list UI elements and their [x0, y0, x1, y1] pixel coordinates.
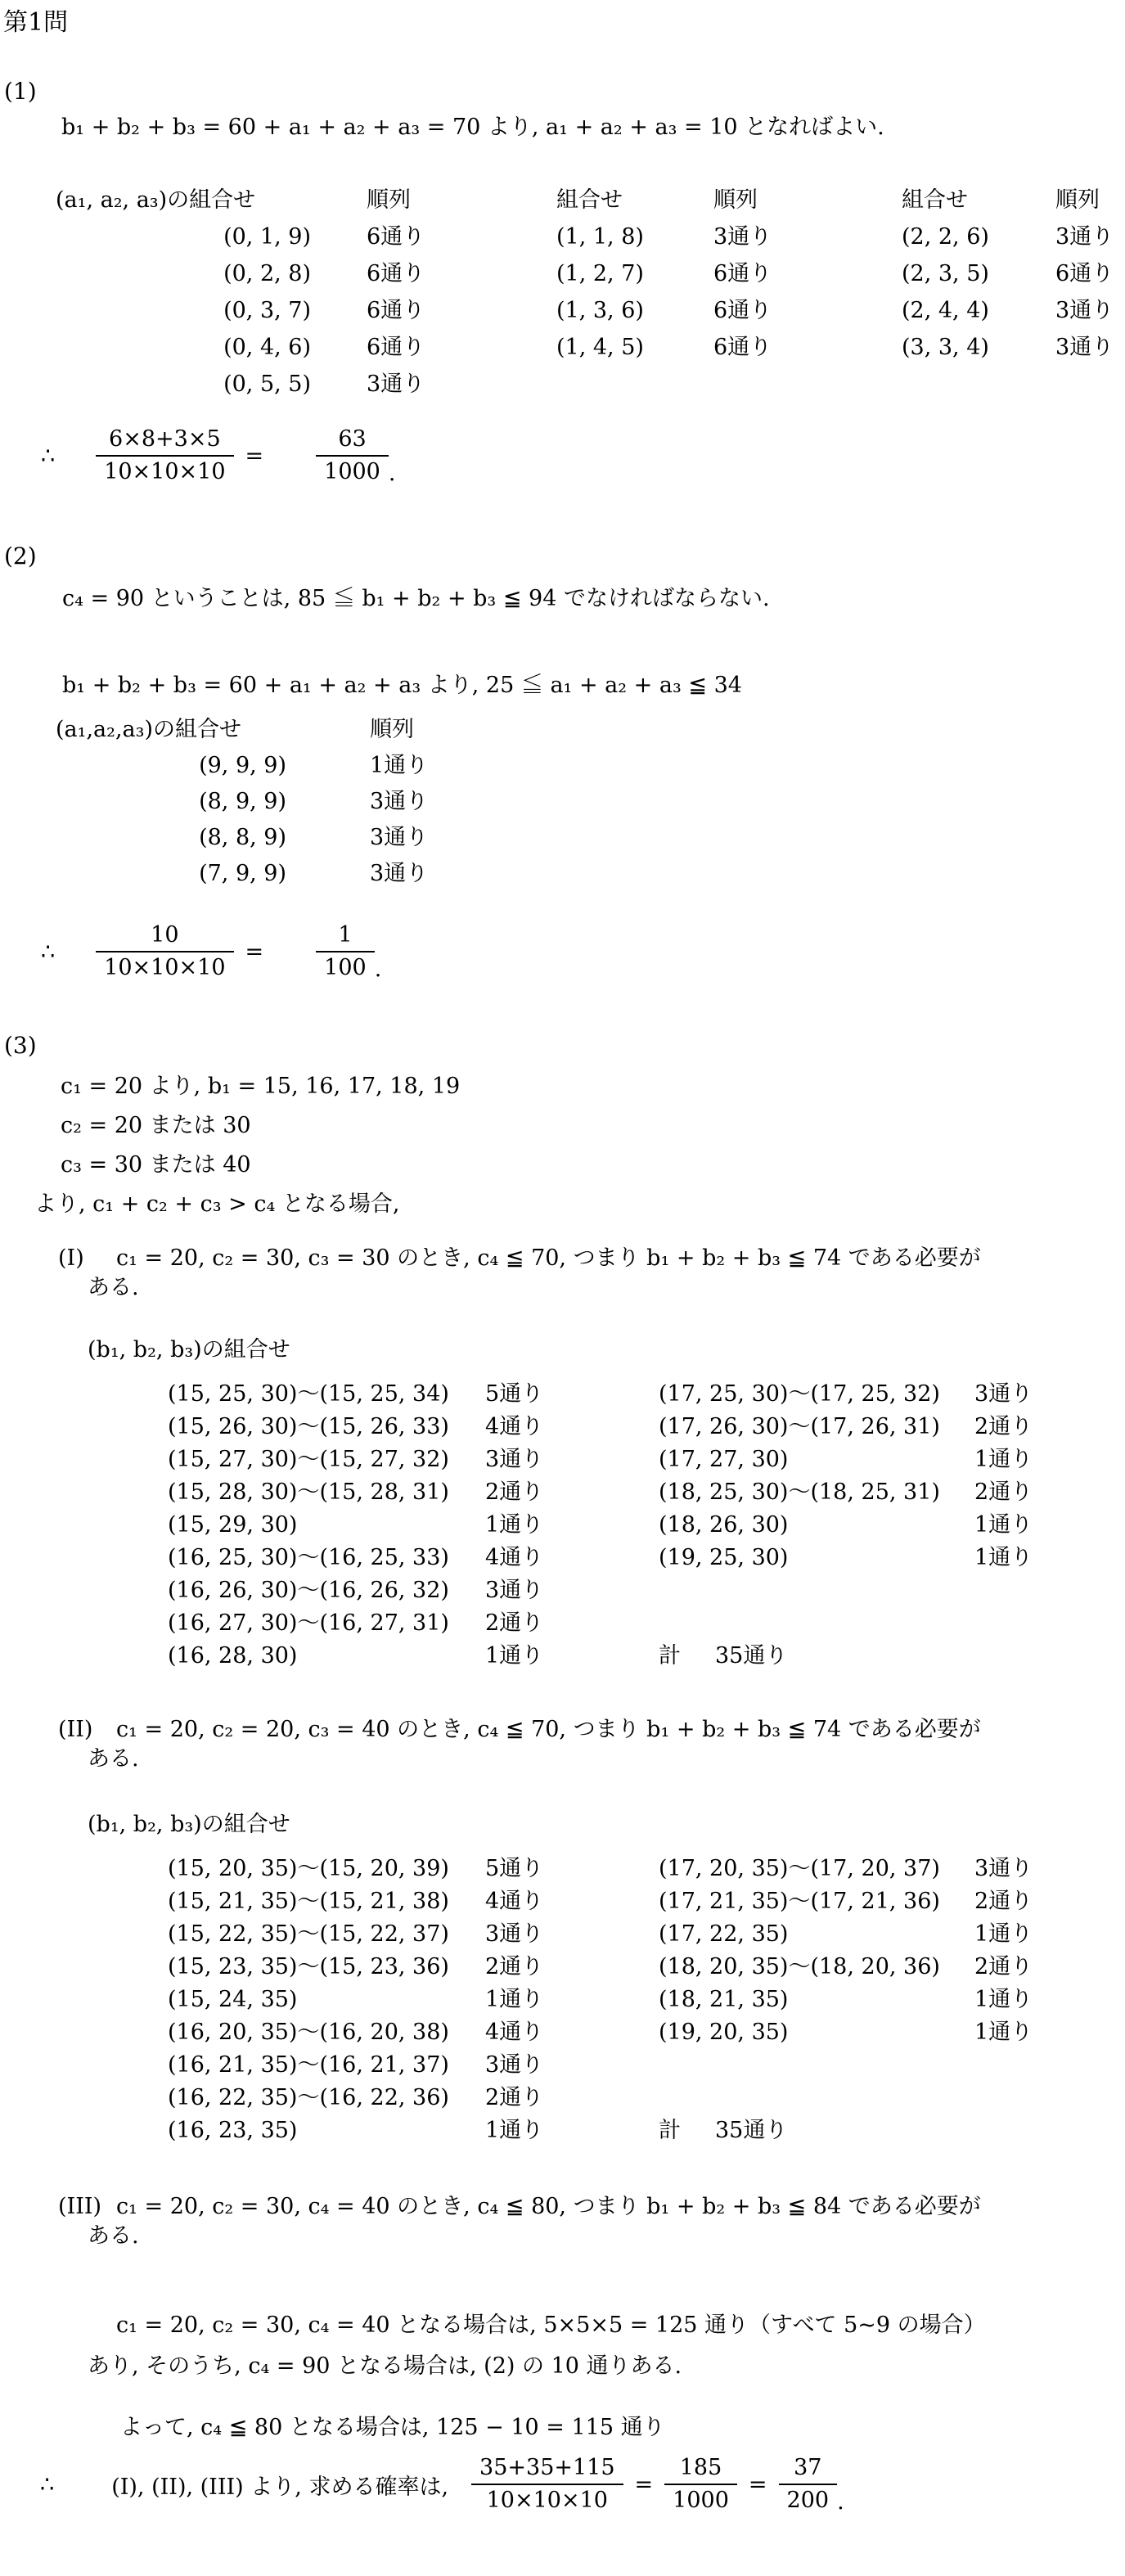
table-row: (9, 9, 9) 1通り: [0, 748, 1125, 784]
part3-condition: c₁ = 20 より, b₁ = 15, 16, 17, 18, 19: [61, 1067, 1125, 1106]
count-cell: 2通り: [974, 1951, 1033, 1984]
perm-cell: 6通り: [367, 329, 465, 366]
fraction-numerator: 10: [96, 921, 233, 951]
period: .: [389, 462, 396, 486]
combo-header: (a₁, a₂, a₃)の組合せ: [0, 182, 311, 218]
part2-line2: b₁ + b₂ + b₃ = 60 + a₁ + a₂ + a₃ より, 25 …: [62, 671, 1125, 700]
equals-sign: =: [245, 444, 264, 469]
perm-cell: 3通り: [1055, 329, 1114, 366]
combo-cell: (16, 25, 30)〜(16, 25, 33): [168, 1542, 483, 1574]
count-cell: 2通り: [485, 1951, 575, 1984]
fraction-numerator: 35+35+115: [471, 2454, 623, 2484]
part3-intro: c₁ = 20 より, b₁ = 15, 16, 17, 18, 19 c₂ =…: [0, 1067, 1125, 1224]
count-cell: 2通り: [974, 1411, 1033, 1443]
combo-cell: (17, 27, 30): [659, 1443, 974, 1476]
table-row: (16, 28, 30) 1通り 計35通り: [0, 1640, 1125, 1673]
combo-cell: (17, 22, 35): [659, 1918, 974, 1951]
table-header-row: (a₁,a₂,a₃)の組合せ 順列: [0, 712, 1125, 748]
table-row: (16, 27, 30)〜(16, 27, 31) 2通り: [0, 1607, 1125, 1640]
fraction: 1 100: [316, 921, 375, 982]
case2-text: c₁ = 20, c₂ = 20, c₃ = 40 のとき, c₄ ≦ 70, …: [116, 1715, 981, 1745]
table-row: (16, 26, 30)〜(16, 26, 32) 3通り: [0, 1574, 1125, 1607]
count-cell: 4通り: [485, 1411, 575, 1443]
case2-heading: (II) c₁ = 20, c₂ = 20, c₃ = 40 のとき, c₄ ≦…: [0, 1715, 1125, 1745]
perm-header: 順列: [370, 712, 414, 748]
case1-text-cont: ある.: [88, 1273, 1125, 1303]
table-row: (0, 3, 7) 6通り (1, 3, 6) 6通り (2, 4, 4) 3通…: [0, 292, 1125, 329]
perm-cell: 6通り: [367, 218, 465, 255]
total-value: 35通り: [715, 1643, 787, 1669]
combo-cell: (8, 9, 9): [0, 784, 286, 820]
perm-cell: 6通り: [713, 255, 808, 292]
fraction-denominator: 1000: [316, 455, 389, 486]
fraction-numerator: 37: [779, 2454, 838, 2484]
combo-cell: (18, 25, 30)〜(18, 25, 31): [659, 1476, 974, 1509]
combo-cell: (15, 22, 35)〜(15, 22, 37): [168, 1918, 483, 1951]
table-row: (15, 26, 30)〜(15, 26, 33) 4通り (17, 26, 3…: [0, 1411, 1125, 1443]
perm-cell: 3通り: [1055, 218, 1114, 255]
case2-table-subtitle: (b₁, b₂, b₃)の組合せ: [88, 1810, 1125, 1840]
count-cell: 1通り: [974, 1542, 1033, 1574]
combo-cell: (15, 24, 35): [168, 1984, 483, 2016]
count-cell: 1通り: [485, 1509, 575, 1542]
table-row: (16, 20, 35)〜(16, 20, 38) 4通り (19, 20, 3…: [0, 2016, 1125, 2049]
combo-cell: (18, 26, 30): [659, 1509, 974, 1542]
table-row: (0, 5, 5) 3通り: [0, 366, 1125, 403]
case1-table-subtitle: (b₁, b₂, b₃)の組合せ: [88, 1335, 1125, 1365]
combo-cell: (0, 3, 7): [0, 292, 311, 329]
combo-cell: (1, 1, 8): [556, 218, 655, 255]
combo-cell: (16, 20, 35)〜(16, 20, 38): [168, 2016, 483, 2049]
combo-cell: (16, 23, 35): [168, 2114, 483, 2147]
table-row: (16, 23, 35) 1通り 計35通り: [0, 2114, 1125, 2147]
combo-cell: (8, 8, 9): [0, 820, 286, 856]
count-cell: 2通り: [485, 1476, 575, 1509]
count-cell: 4通り: [485, 1542, 575, 1574]
part2-conclusion: ∴ 10 10×10×10 = 1 100 .: [0, 921, 1125, 982]
fraction: 10 10×10×10: [96, 921, 233, 982]
combo-cell: (3, 3, 4): [902, 329, 996, 366]
perm-cell: 3通り: [367, 366, 465, 403]
fraction-numerator: 63: [316, 426, 389, 455]
count-cell: 1通り: [485, 2114, 575, 2147]
total-cell: 計35通り: [659, 1640, 974, 1673]
total-label: 計: [659, 2118, 681, 2143]
fraction: 6×8+3×5 10×10×10: [96, 426, 233, 486]
fraction: 37 200: [779, 2454, 838, 2515]
combo-cell: (15, 26, 30)〜(15, 26, 33): [168, 1411, 483, 1443]
part3-condition: c₃ = 30 または 40: [61, 1146, 1125, 1185]
combo-cell: (2, 4, 4): [902, 292, 996, 329]
equals-sign: =: [635, 2472, 654, 2497]
combo-cell: (7, 9, 9): [0, 856, 286, 892]
total-label: 計: [659, 1643, 681, 1669]
case1-label: (I): [58, 1244, 116, 1273]
count-cell: 3通り: [485, 1574, 575, 1607]
combo-cell: (2, 2, 6): [902, 218, 996, 255]
combo-cell: (17, 21, 35)〜(17, 21, 36): [659, 1885, 974, 1918]
table-row: (0, 1, 9) 6通り (1, 1, 8) 3通り (2, 2, 6) 3通…: [0, 218, 1125, 255]
perm-header: 順列: [1055, 182, 1100, 218]
count-cell: 1通り: [485, 1984, 575, 2016]
count-cell: 3通り: [485, 1918, 575, 1951]
table-row: (15, 27, 30)〜(15, 27, 32) 3通り (17, 27, 3…: [0, 1443, 1125, 1476]
perm-header: 順列: [713, 182, 808, 218]
count-cell: 3通り: [485, 2049, 575, 2082]
combo-cell: (17, 25, 30)〜(17, 25, 32): [659, 1378, 974, 1411]
problem-title: 第1問: [3, 7, 1125, 39]
combo-cell: (15, 27, 30)〜(15, 27, 32): [168, 1443, 483, 1476]
table-row: (16, 25, 30)〜(16, 25, 33) 4通り (19, 25, 3…: [0, 1542, 1125, 1574]
table-row: (15, 20, 35)〜(15, 20, 39) 5通り (17, 20, 3…: [0, 1853, 1125, 1885]
case3-paragraph2: c₁ = 20, c₂ = 30, c₄ = 40 となる場合は, 5×5×5 …: [0, 2305, 1125, 2387]
part1-intro-formula: b₁ + b₂ + b₃ = 60 + a₁ + a₂ + a₃ = 70 より…: [61, 113, 1125, 142]
fraction-denominator: 10×10×10: [96, 951, 233, 982]
case3-text: c₁ = 20, c₂ = 30, c₄ = 40 のとき, c₄ ≦ 80, …: [116, 2192, 981, 2222]
case2-label: (II): [58, 1715, 116, 1745]
perm-cell: 6通り: [713, 292, 808, 329]
fraction-denominator: 1000: [664, 2484, 737, 2515]
table-row: (15, 28, 30)〜(15, 28, 31) 2通り (18, 25, 3…: [0, 1476, 1125, 1509]
fraction-numerator: 6×8+3×5: [96, 426, 233, 455]
total-cell: 計35通り: [659, 2114, 974, 2147]
case3-para2-line1: c₁ = 20, c₂ = 30, c₄ = 40 となる場合は, 5×5×5 …: [116, 2305, 1125, 2346]
table-row: (15, 23, 35)〜(15, 23, 36) 2通り (18, 20, 3…: [0, 1951, 1125, 1984]
fraction: 63 1000: [316, 426, 389, 486]
combo-cell: (16, 22, 35)〜(16, 22, 36): [168, 2082, 483, 2114]
perm-cell: 3通り: [370, 856, 428, 892]
part1-label: (1): [4, 77, 1125, 106]
part3-label: (3): [4, 1031, 1125, 1061]
count-cell: 1通り: [485, 1640, 575, 1673]
combo-cell: (1, 3, 6): [556, 292, 655, 329]
combo-header: 組合せ: [902, 182, 996, 218]
perm-cell: 6通り: [1055, 255, 1114, 292]
table-row: (8, 8, 9) 3通り: [0, 820, 1125, 856]
perm-cell: 3通り: [1055, 292, 1114, 329]
count-cell: 1通り: [974, 1443, 1033, 1476]
perm-cell: 6通り: [367, 292, 465, 329]
count-cell: 5通り: [485, 1853, 575, 1885]
combo-header: (a₁,a₂,a₃)の組合せ: [0, 712, 286, 748]
combo-cell: (0, 2, 8): [0, 255, 311, 292]
table-row: (8, 9, 9) 3通り: [0, 784, 1125, 820]
table-row: (0, 4, 6) 6通り (1, 4, 5) 6通り (3, 3, 4) 3通…: [0, 329, 1125, 366]
combo-cell: (19, 20, 35): [659, 2016, 974, 2049]
combo-cell: (19, 25, 30): [659, 1542, 974, 1574]
table-row: (15, 24, 35) 1通り (18, 21, 35) 1通り: [0, 1984, 1125, 2016]
count-cell: 3通り: [974, 1853, 1033, 1885]
perm-cell: 3通り: [370, 784, 428, 820]
combo-cell: (0, 1, 9): [0, 218, 311, 255]
combo-cell: (0, 5, 5): [0, 366, 311, 403]
count-cell: 5通り: [485, 1378, 575, 1411]
fraction-denominator: 10×10×10: [96, 455, 233, 486]
combo-cell: (15, 21, 35)〜(15, 21, 38): [168, 1885, 483, 1918]
period: .: [837, 2490, 844, 2515]
count-cell: 1通り: [974, 1509, 1033, 1542]
part3-condition-more: より, c₁ + c₂ + c₃ > c₄ となる場合,: [34, 1185, 1125, 1224]
table-row: (15, 21, 35)〜(15, 21, 38) 4通り (17, 21, 3…: [0, 1885, 1125, 1918]
case1-text: c₁ = 20, c₂ = 30, c₃ = 30 のとき, c₄ ≦ 70, …: [116, 1244, 981, 1273]
count-cell: 1通り: [974, 1984, 1033, 2016]
combo-cell: (15, 29, 30): [168, 1509, 483, 1542]
fraction-denominator: 10×10×10: [471, 2484, 623, 2515]
final-conclusion: ∴ (I), (II), (III) より, 求める確率は, 35+35+115…: [0, 2454, 1125, 2515]
fraction: 35+35+115 10×10×10: [471, 2454, 623, 2515]
count-cell: 1通り: [974, 2016, 1033, 2049]
document-page: 第1問 (1) b₁ + b₂ + b₃ = 60 + a₁ + a₂ + a₃…: [0, 0, 1125, 2576]
case3-text-cont: ある.: [88, 2222, 1125, 2251]
case3-label: (III): [58, 2192, 116, 2222]
table-row: (0, 2, 8) 6通り (1, 2, 7) 6通り (2, 3, 5) 6通…: [0, 255, 1125, 292]
therefore-symbol: ∴: [41, 939, 55, 965]
table-row: (15, 25, 30)〜(15, 25, 34) 5通り (17, 25, 3…: [0, 1378, 1125, 1411]
therefore-symbol: ∴: [41, 444, 55, 469]
fraction: 185 1000: [664, 2454, 737, 2515]
combo-cell: (15, 20, 35)〜(15, 20, 39): [168, 1853, 483, 1885]
combo-cell: (17, 20, 35)〜(17, 20, 37): [659, 1853, 974, 1885]
combo-cell: (16, 27, 30)〜(16, 27, 31): [168, 1607, 483, 1640]
combo-cell: (15, 25, 30)〜(15, 25, 34): [168, 1378, 483, 1411]
case3-para2-line2: あり, そのうち, c₄ = 90 となる場合は, (2) の 10 通りある.: [88, 2346, 1125, 2387]
combo-cell: (16, 26, 30)〜(16, 26, 32): [168, 1574, 483, 1607]
perm-cell: 6通り: [713, 329, 808, 366]
count-cell: 2通り: [974, 1476, 1033, 1509]
perm-cell: 6通り: [367, 255, 465, 292]
table-row: (7, 9, 9) 3通り: [0, 856, 1125, 892]
table-header-row: (a₁, a₂, a₃)の組合せ 順列 組合せ 順列 組合せ 順列: [0, 182, 1125, 218]
case1-table: (15, 25, 30)〜(15, 25, 34) 5通り (17, 25, 3…: [0, 1378, 1125, 1673]
perm-cell: 1通り: [370, 748, 428, 784]
part2-combination-table: (a₁,a₂,a₃)の組合せ 順列 (9, 9, 9) 1通り (8, 9, 9…: [0, 712, 1125, 892]
count-cell: 2通り: [485, 1607, 575, 1640]
combo-cell: (0, 4, 6): [0, 329, 311, 366]
perm-header: 順列: [367, 182, 465, 218]
case1-heading: (I) c₁ = 20, c₂ = 30, c₃ = 30 のとき, c₄ ≦ …: [0, 1244, 1125, 1273]
part2-line1: c₄ = 90 ということは, 85 ≦ b₁ + b₂ + b₃ ≦ 94 で…: [62, 584, 1125, 614]
combo-header: 組合せ: [556, 182, 655, 218]
fraction-denominator: 200: [779, 2484, 838, 2515]
count-cell: 3通り: [485, 1443, 575, 1476]
perm-cell: 3通り: [713, 218, 808, 255]
part1-conclusion: ∴ 6×8+3×5 10×10×10 = 63 1000 .: [0, 426, 1125, 486]
case3-heading: (III) c₁ = 20, c₂ = 30, c₄ = 40 のとき, c₄ …: [0, 2192, 1125, 2222]
table-row: (15, 29, 30) 1通り (18, 26, 30) 1通り: [0, 1509, 1125, 1542]
table-row: (16, 22, 35)〜(16, 22, 36) 2通り: [0, 2082, 1125, 2114]
final-text: (I), (II), (III) より, 求める確率は,: [111, 2469, 448, 2501]
table-row: (15, 22, 35)〜(15, 22, 37) 3通り (17, 22, 3…: [0, 1918, 1125, 1951]
count-cell: 2通り: [974, 1885, 1033, 1918]
part3-condition: c₂ = 20 または 30: [61, 1106, 1125, 1146]
count-cell: 4通り: [485, 1885, 575, 1918]
case3-paragraph3: よって, c₄ ≦ 80 となる場合は, 125 − 10 = 115 通り: [120, 2413, 1125, 2443]
case2-table: (15, 20, 35)〜(15, 20, 39) 5通り (17, 20, 3…: [0, 1853, 1125, 2147]
count-cell: 2通り: [485, 2082, 575, 2114]
combo-cell: (16, 28, 30): [168, 1640, 483, 1673]
combo-cell: (17, 26, 30)〜(17, 26, 31): [659, 1411, 974, 1443]
combo-cell: (15, 23, 35)〜(15, 23, 36): [168, 1951, 483, 1984]
combo-cell: (16, 21, 35)〜(16, 21, 37): [168, 2049, 483, 2082]
therefore-symbol: ∴: [40, 2472, 54, 2497]
fraction-denominator: 100: [316, 951, 375, 982]
combo-cell: (15, 28, 30)〜(15, 28, 31): [168, 1476, 483, 1509]
equals-sign: =: [749, 2472, 767, 2497]
count-cell: 1通り: [974, 1918, 1033, 1951]
equals-sign: =: [245, 939, 264, 965]
perm-cell: 3通り: [370, 820, 428, 856]
combo-cell: (1, 4, 5): [556, 329, 655, 366]
fraction-numerator: 185: [664, 2454, 737, 2484]
table-row: (16, 21, 35)〜(16, 21, 37) 3通り: [0, 2049, 1125, 2082]
period: .: [375, 957, 382, 982]
combo-cell: (1, 2, 7): [556, 255, 655, 292]
combo-cell: (18, 21, 35): [659, 1984, 974, 2016]
fraction-numerator: 1: [316, 921, 375, 951]
combo-cell: (9, 9, 9): [0, 748, 286, 784]
count-cell: 4通り: [485, 2016, 575, 2049]
total-value: 35通り: [715, 2118, 787, 2143]
count-cell: 3通り: [974, 1378, 1033, 1411]
case2-text-cont: ある.: [88, 1745, 1125, 1774]
combo-cell: (2, 3, 5): [902, 255, 996, 292]
combo-cell: (18, 20, 35)〜(18, 20, 36): [659, 1951, 974, 1984]
part2-label: (2): [4, 542, 1125, 571]
part1-combination-table: (a₁, a₂, a₃)の組合せ 順列 組合せ 順列 組合せ 順列 (0, 1,…: [0, 182, 1125, 403]
